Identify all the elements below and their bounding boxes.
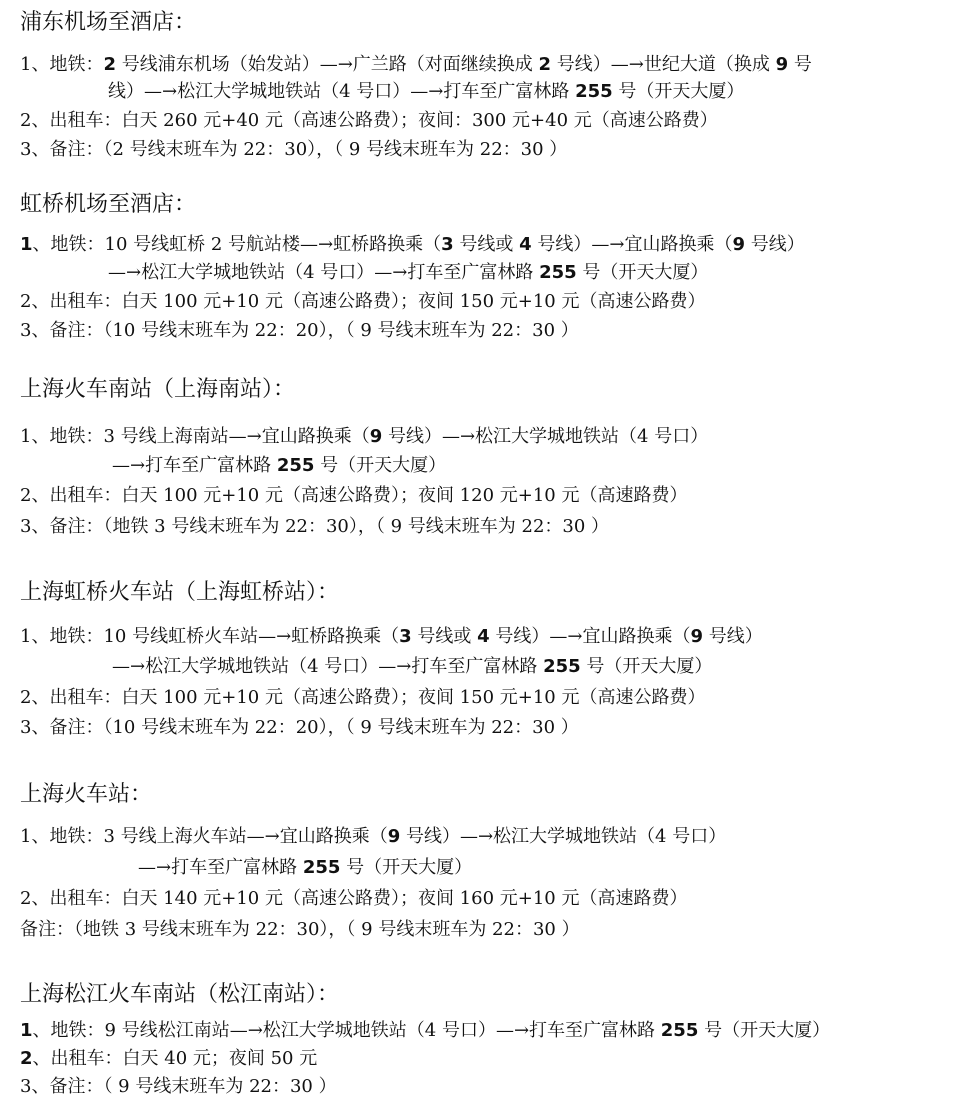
bold-number: 3 xyxy=(399,626,412,647)
text-segment: 3、备注：（10 号线末班车为 22：20），（ 9 号线末班车为 22：30 … xyxy=(20,320,579,341)
section-title: 上海火车南站（上海南站）： xyxy=(20,377,295,403)
text-segment: 3、备注：（地铁 3 号线末班车为 22：30），（ 9 号线末班车为 22：3… xyxy=(20,516,609,537)
section-title: 上海火车站： xyxy=(20,782,152,808)
text-segment: —→松江大学城地铁站（4 号口）—→打车至广富林路 xyxy=(108,262,539,283)
note-line: 3、备注：（地铁 3 号线末班车为 22：30），（ 9 号线末班车为 22：3… xyxy=(20,515,609,539)
text-segment: —→打车至广富林路 xyxy=(138,857,303,878)
bold-number: 255 xyxy=(303,857,341,878)
bold-number: 2 xyxy=(103,54,116,75)
bold-number: 9 xyxy=(388,826,401,847)
text-segment: 号线）—→松江大学城地铁站（4 号口） xyxy=(382,426,708,447)
note-line: 3、备注：（10 号线末班车为 22：20），（ 9 号线末班车为 22：30 … xyxy=(20,319,579,343)
bold-number: 2 xyxy=(539,54,552,75)
metro-route-line: 1、地铁：3 号线上海火车站—→宜山路换乘（9 号线）—→松江大学城地铁站（4 … xyxy=(20,825,726,849)
bold-number: 9 xyxy=(776,54,789,75)
text-segment: 1、地铁： xyxy=(20,54,103,75)
note-line: 3、备注：（2 号线末班车为 22：30），（ 9 号线末班车为 22：30 ） xyxy=(20,138,567,162)
text-segment: 3、备注：（ 9 号线末班车为 22：30 ） xyxy=(20,1076,337,1097)
text-segment: 号线浦东机场（始发站）—→广兰路（对面继续换成 xyxy=(116,54,539,75)
bold-number: 9 xyxy=(732,234,745,255)
bold-number: 255 xyxy=(543,656,581,677)
metro-route-continuation: —→松江大学城地铁站（4 号口）—→打车至广富林路 255 号（开天大厦） xyxy=(112,655,712,679)
text-segment: 2、出租车：白天 140 元+10 元（高速公路费）；夜间 160 元+10 元… xyxy=(20,888,687,909)
text-segment: 3、备注：（2 号线末班车为 22：30），（ 9 号线末班车为 22：30 ） xyxy=(20,139,567,160)
text-segment: 2、出租车：白天 100 元+10 元（高速公路费）；夜间 150 元+10 元… xyxy=(20,291,705,312)
bold-number: 255 xyxy=(539,262,577,283)
text-segment: 线）—→松江大学城地铁站（4 号口）—→打车至广富林路 xyxy=(108,81,575,102)
text-segment: 号线）—→宜山路换乘（ xyxy=(532,234,733,255)
text-segment: 号线或 xyxy=(454,234,519,255)
bold-number: 1 xyxy=(20,234,33,255)
taxi-fare-line: 2、出租车：白天 100 元+10 元（高速公路费）；夜间 120 元+10 元… xyxy=(20,484,687,508)
bold-number: 9 xyxy=(370,426,383,447)
taxi-fare-line: 2、出租车：白天 40 元；夜间 50 元 xyxy=(20,1047,317,1071)
bold-number: 1 xyxy=(20,1020,33,1041)
text-segment: 1、地铁：3 号线上海火车站—→宜山路换乘（ xyxy=(20,826,388,847)
metro-route-continuation: —→打车至广富林路 255 号（开天大厦） xyxy=(138,856,472,880)
taxi-fare-line: 2、出租车：白天 140 元+10 元（高速公路费）；夜间 160 元+10 元… xyxy=(20,887,687,911)
metro-route-line: 1、地铁：3 号线上海南站—→宜山路换乘（9 号线）—→松江大学城地铁站（4 号… xyxy=(20,425,708,449)
bold-number: 4 xyxy=(519,234,532,255)
text-segment: —→松江大学城地铁站（4 号口）—→打车至广富林路 xyxy=(112,656,543,677)
text-segment: 号（开天大厦） xyxy=(340,857,472,878)
section-title: 虹桥机场至酒店： xyxy=(20,192,196,218)
text-segment: 号线）—→宜山路换乘（ xyxy=(490,626,691,647)
taxi-fare-line: 2、出租车：白天 100 元+10 元（高速公路费）；夜间 150 元+10 元… xyxy=(20,290,705,314)
bold-number: 255 xyxy=(575,81,613,102)
text-segment: 3、备注：（10 号线末班车为 22：20），（ 9 号线末班车为 22：30 … xyxy=(20,717,579,738)
text-segment: 、地铁：10 号线虹桥 2 号航站楼—→虹桥路换乘（ xyxy=(33,234,442,255)
text-segment: 号（开天大厦） xyxy=(613,81,745,102)
metro-route-line: 1、地铁：2 号线浦东机场（始发站）—→广兰路（对面继续换成 2 号线）—→世纪… xyxy=(20,53,812,77)
metro-route-continuation: 线）—→松江大学城地铁站（4 号口）—→打车至广富林路 255 号（开天大厦） xyxy=(108,80,744,104)
text-segment: 1、地铁：3 号线上海南站—→宜山路换乘（ xyxy=(20,426,370,447)
bold-number: 2 xyxy=(20,1048,33,1069)
text-segment: 号线）—→松江大学城地铁站（4 号口） xyxy=(400,826,726,847)
text-segment: —→打车至广富林路 xyxy=(112,455,277,476)
text-segment: 号（开天大厦） xyxy=(581,656,713,677)
note-line: 3、备注：（10 号线末班车为 22：20），（ 9 号线末班车为 22：30 … xyxy=(20,716,579,740)
text-segment: 2、出租车：白天 260 元+40 元（高速公路费）；夜间：300 元+40 元… xyxy=(20,110,718,131)
text-segment: 2、出租车：白天 100 元+10 元（高速公路费）；夜间 150 元+10 元… xyxy=(20,687,705,708)
metro-route-line: 1、地铁：9 号线松江南站—→松江大学城地铁站（4 号口）—→打车至广富林路 2… xyxy=(20,1019,830,1043)
text-segment: 2、出租车：白天 100 元+10 元（高速公路费）；夜间 120 元+10 元… xyxy=(20,485,687,506)
bold-number: 4 xyxy=(477,626,490,647)
note-line: 3、备注：（ 9 号线末班车为 22：30 ） xyxy=(20,1075,337,1099)
text-segment: 号线） xyxy=(745,234,805,255)
note-line: 备注：（地铁 3 号线末班车为 22：30），（ 9 号线末班车为 22：30 … xyxy=(20,918,580,942)
bold-number: 255 xyxy=(277,455,315,476)
metro-route-line: 1、地铁：10 号线虹桥火车站—→虹桥路换乘（3 号线或 4 号线）—→宜山路换… xyxy=(20,625,763,649)
text-segment: 、出租车：白天 40 元；夜间 50 元 xyxy=(33,1048,318,1069)
metro-route-line: 1、地铁：10 号线虹桥 2 号航站楼—→虹桥路换乘（3 号线或 4 号线）—→… xyxy=(20,233,805,257)
metro-route-continuation: —→松江大学城地铁站（4 号口）—→打车至广富林路 255 号（开天大厦） xyxy=(108,261,708,285)
text-segment: 备注：（地铁 3 号线末班车为 22：30），（ 9 号线末班车为 22：30 … xyxy=(20,919,580,940)
text-segment: 号线）—→世纪大道（换成 xyxy=(551,54,776,75)
bold-number: 9 xyxy=(691,626,704,647)
text-segment: 号（开天大厦） xyxy=(698,1020,830,1041)
bold-number: 3 xyxy=(441,234,454,255)
metro-route-continuation: —→打车至广富林路 255 号（开天大厦） xyxy=(112,454,446,478)
taxi-fare-line: 2、出租车：白天 260 元+40 元（高速公路费）；夜间：300 元+40 元… xyxy=(20,109,718,133)
text-segment: 号线） xyxy=(703,626,763,647)
text-segment: 号线或 xyxy=(412,626,477,647)
section-title: 浦东机场至酒店： xyxy=(20,10,196,36)
section-title: 上海松江火车南站（松江南站）： xyxy=(20,982,339,1008)
text-segment: 号（开天大厦） xyxy=(314,455,446,476)
text-segment: 1、地铁：10 号线虹桥火车站—→虹桥路换乘（ xyxy=(20,626,399,647)
section-title: 上海虹桥火车站（上海虹桥站）： xyxy=(20,580,339,606)
text-segment: 号 xyxy=(788,54,812,75)
bold-number: 255 xyxy=(661,1020,699,1041)
text-segment: 、地铁：9 号线松江南站—→松江大学城地铁站（4 号口）—→打车至广富林路 xyxy=(33,1020,661,1041)
text-segment: 号（开天大厦） xyxy=(577,262,709,283)
taxi-fare-line: 2、出租车：白天 100 元+10 元（高速公路费）；夜间 150 元+10 元… xyxy=(20,686,705,710)
